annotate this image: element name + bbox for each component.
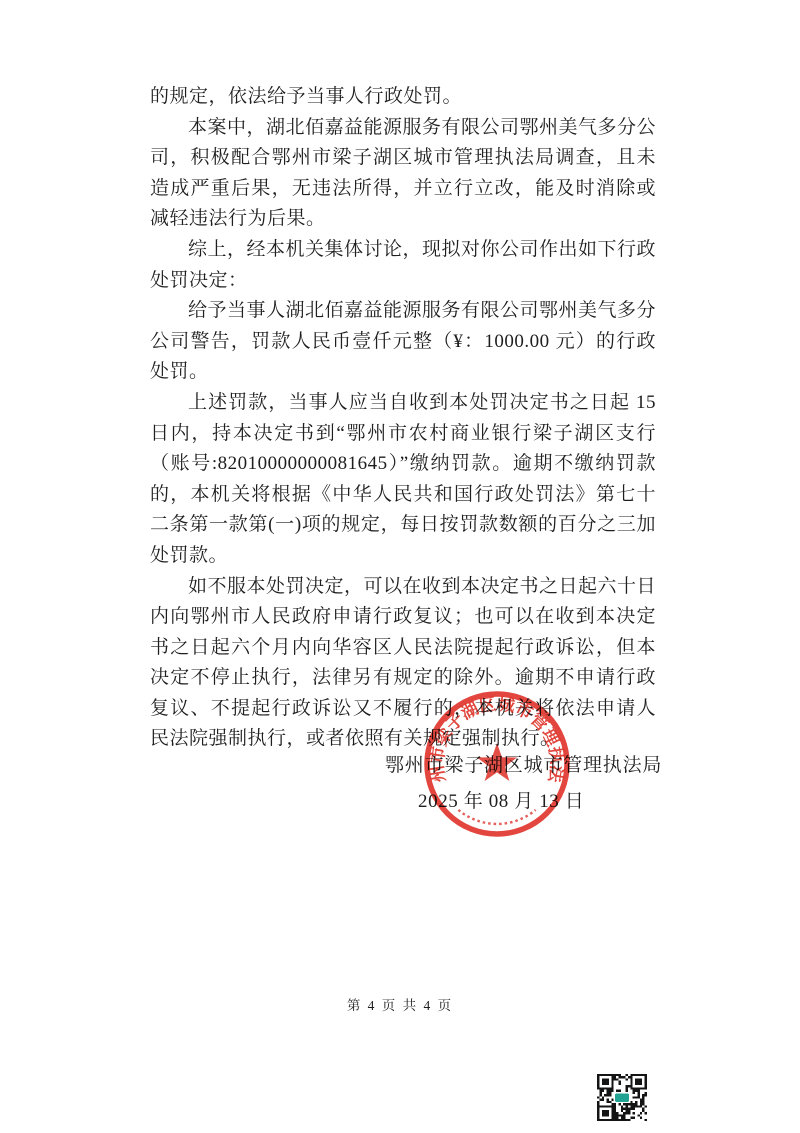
body-paragraph: 本案中，湖北佰嘉益能源服务有限公司鄂州美气多分公司，积极配合鄂州市梁子湖区城市管… [150, 113, 656, 235]
qr-code [597, 1074, 647, 1121]
page-number: 第 4 页 共 4 页 [0, 994, 800, 1014]
document-page: 的规定，依法给予当事人行政处罚。本案中，湖北佰嘉益能源服务有限公司鄂州美气多分公… [0, 0, 800, 1133]
body-paragraph: 给予当事人湖北佰嘉益能源服务有限公司鄂州美气多分公司警告，罚款人民币壹仟元整（¥… [150, 296, 656, 388]
body-paragraph: 如不服本处罚决定，可以在收到本决定书之日起六十日内向鄂州市人民政府申请行政复议；… [150, 572, 656, 756]
signature-date: 2025 年 08 月 13 日 [418, 786, 584, 813]
signature-agency: 鄂州市梁子湖区城市管理执法局 [385, 750, 662, 777]
document-body: 的规定，依法给予当事人行政处罚。本案中，湖北佰嘉益能源服务有限公司鄂州美气多分公… [150, 82, 656, 755]
body-paragraph: 的规定，依法给予当事人行政处罚。 [150, 82, 656, 113]
body-paragraph: 综上，经本机关集体讨论，现拟对你公司作出如下行政处罚决定： [150, 235, 656, 296]
body-paragraph: 上述罚款，当事人应当自收到本处罚决定书之日起 15 日内，持本决定书到“鄂州市农… [150, 388, 656, 572]
